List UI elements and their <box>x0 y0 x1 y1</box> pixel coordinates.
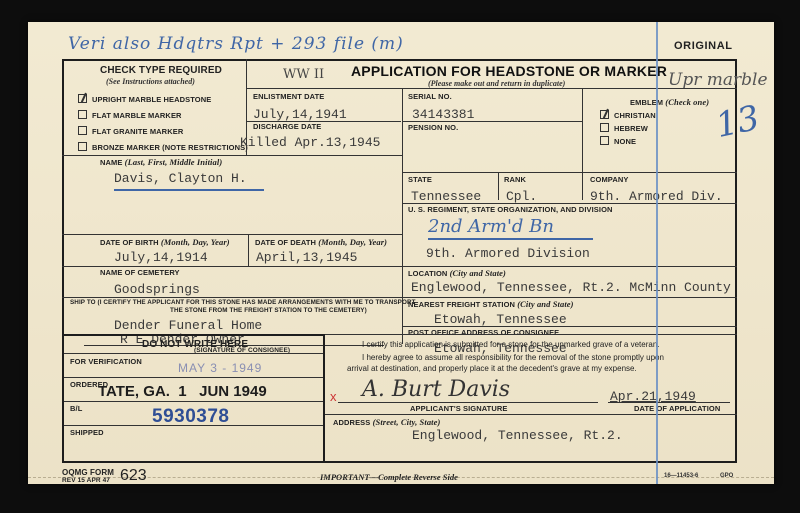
certification-line1: I certify this application is submitted … <box>362 340 659 349</box>
divider <box>64 353 323 354</box>
date-of-death-label: DATE OF DEATH (Month, Day, Year) <box>255 237 387 247</box>
divider <box>338 402 598 403</box>
divider <box>402 121 582 122</box>
option-flat-granite-marker: FLAT GRANITE MARKER <box>92 127 183 136</box>
serial-number-label: SERIAL No. <box>408 92 452 101</box>
cemetery-label: NAME OF CEMETERY <box>100 268 180 277</box>
freight-station-label: NEAREST FREIGHT STATION (City and State) <box>408 299 574 309</box>
divider <box>64 377 323 378</box>
gpo-mark: GPO <box>720 473 733 479</box>
regiment-label: U. S. REGIMENT, STATE ORGANIZATION, AND … <box>408 205 613 214</box>
emblem-none-label: NONE <box>614 137 636 146</box>
divider <box>64 425 323 426</box>
option-flat-marble-marker: FLAT MARBLE MARKER <box>92 111 182 120</box>
shipped-label: SHIPPED <box>70 428 104 437</box>
option-upright-marble-headstone: UPRIGHT MARBLE HEADSTONE <box>92 95 211 104</box>
war-label: WW II <box>283 67 324 82</box>
divider <box>582 172 583 200</box>
verification-stamp: MAY 3 - 1949 <box>178 361 262 375</box>
divider <box>246 88 737 89</box>
address-label: ADDRESS (Street, City, State) <box>333 417 440 427</box>
checkbox-flat-granite-marker[interactable] <box>78 126 87 135</box>
divider <box>325 414 737 415</box>
post-office-label: POST OFFICE ADDRESS OF CONSIGNEE <box>408 328 559 337</box>
original-copy-label: ORIGINAL <box>674 40 733 52</box>
enlistment-date-label: ENLISTMENT DATE <box>253 92 324 101</box>
signature-x-mark: x <box>330 389 337 404</box>
address-value: Englewood, Tennessee, Rt.2. <box>412 428 623 443</box>
form-title: APPLICATION FOR HEADSTONE OR MARKER <box>351 63 667 79</box>
checkbox-hebrew[interactable] <box>600 123 609 132</box>
rank-value: Cpl. <box>506 189 537 204</box>
serial-number-value: 34143381 <box>412 107 474 122</box>
applicant-signature-label: APPLICANT'S SIGNATURE <box>410 404 508 413</box>
divider <box>325 334 737 335</box>
headstone-application-card: Veri also Hdqtrs Rpt + 293 file (m) ORIG… <box>28 22 774 484</box>
cemetery-value: Goodsprings <box>114 282 200 297</box>
application-date-label: DATE OF APPLICATION <box>634 404 720 413</box>
certification-line3: arrival at destination, and properly pla… <box>347 364 637 373</box>
location-value: Englewood, Tennessee, Rt.2. McMinn Count… <box>411 280 731 295</box>
date-of-birth-label: DATE OF BIRTH (Month, Day, Year) <box>100 237 230 247</box>
rank-label: RANK <box>504 175 526 184</box>
divider <box>64 401 323 402</box>
form-id-line1: OQMG FORM <box>62 468 114 477</box>
handwritten-underline <box>428 238 593 240</box>
print-code: 16—11453-6 <box>664 473 698 479</box>
regiment-handwritten: 2nd Arm'd Bn <box>428 216 554 237</box>
check-type-heading: CHECK TYPE REQUIRED <box>100 65 222 76</box>
name-value: Davis, Clayton H. <box>114 171 247 186</box>
checkbox-upright-marble-headstone[interactable] <box>78 94 87 103</box>
ship-to-label-line2: THE STONE FROM THE FREIGHT STATION TO TH… <box>170 307 367 314</box>
checkbox-christian[interactable] <box>600 110 609 119</box>
divider <box>498 172 499 200</box>
bill-of-lading-label: B/L <box>70 404 82 413</box>
enlistment-date-value: July,14,1941 <box>253 107 347 122</box>
emblem-christian-label: CHRISTIAN <box>614 111 656 120</box>
important-note: IMPORTANT—Complete Reverse Side <box>320 472 458 482</box>
regiment-value: 9th. Armored Division <box>426 246 590 261</box>
do-not-write-heading: DO NOT WRITE HERE <box>142 339 248 350</box>
applicant-signature: A. Burt Davis <box>362 377 510 402</box>
form-subtitle: (Please make out and return in duplicate… <box>428 79 565 88</box>
company-label: COMPANY <box>590 175 628 184</box>
handwritten-type-note: Upr marble <box>668 70 768 90</box>
freight-station-value: Etowah, Tennessee <box>434 312 567 327</box>
pension-number-label: PENSION No. <box>408 123 458 132</box>
for-verification-label: FOR VERIFICATION <box>70 357 142 366</box>
checkbox-none[interactable] <box>600 136 609 145</box>
ship-to-label: SHIP TO (I CERTIFY THE APPLICANT FOR THI… <box>70 299 416 306</box>
divider <box>402 326 737 327</box>
form-id-line2: REV 15 APR 47 <box>62 477 110 484</box>
state-value: Tennessee <box>411 189 481 204</box>
divider <box>402 203 737 204</box>
divider <box>608 402 730 403</box>
location-label: LOCATION (City and State) <box>408 268 506 278</box>
discharge-date-label: DISCHARGE DATE <box>253 122 321 131</box>
divider <box>402 172 737 173</box>
divider <box>582 88 583 184</box>
handwritten-emblem-mark: 13 <box>712 98 763 146</box>
divider <box>62 297 737 298</box>
emblem-heading: EMBLEM (Check one) <box>630 97 709 107</box>
certification-line2: I hereby agree to assume all responsibil… <box>362 353 664 362</box>
state-label: STATE <box>408 175 432 184</box>
divider <box>62 266 737 267</box>
checkbox-flat-marble-marker[interactable] <box>78 110 87 119</box>
divider <box>62 234 402 235</box>
option-bronze-marker: BRONZE MARKER (NOTE RESTRICTIONS) <box>92 143 248 152</box>
divider <box>248 234 249 266</box>
handwritten-header-note: Veri also Hdqtrs Rpt + 293 file (m) <box>68 34 404 54</box>
checkbox-bronze-marker[interactable] <box>78 142 87 151</box>
ordered-stamp: TATE, GA. 1 JUN 1949 <box>98 383 267 400</box>
date-of-death-value: April,13,1945 <box>256 250 357 265</box>
divider <box>62 155 402 156</box>
handwritten-underline <box>114 189 264 191</box>
check-type-subheading: (See Instructions attached) <box>106 77 195 86</box>
discharge-date-value: Killed Apr.13,1945 <box>240 135 380 150</box>
ship-to-line1: Dender Funeral Home <box>114 318 262 333</box>
name-label: NAME (Last, First, Middle Initial) <box>100 157 222 167</box>
date-of-birth-value: July,14,1914 <box>114 250 208 265</box>
form-number: 623 <box>120 467 147 485</box>
emblem-hebrew-label: HEBREW <box>614 124 648 133</box>
pencil-mark-line <box>656 22 658 484</box>
